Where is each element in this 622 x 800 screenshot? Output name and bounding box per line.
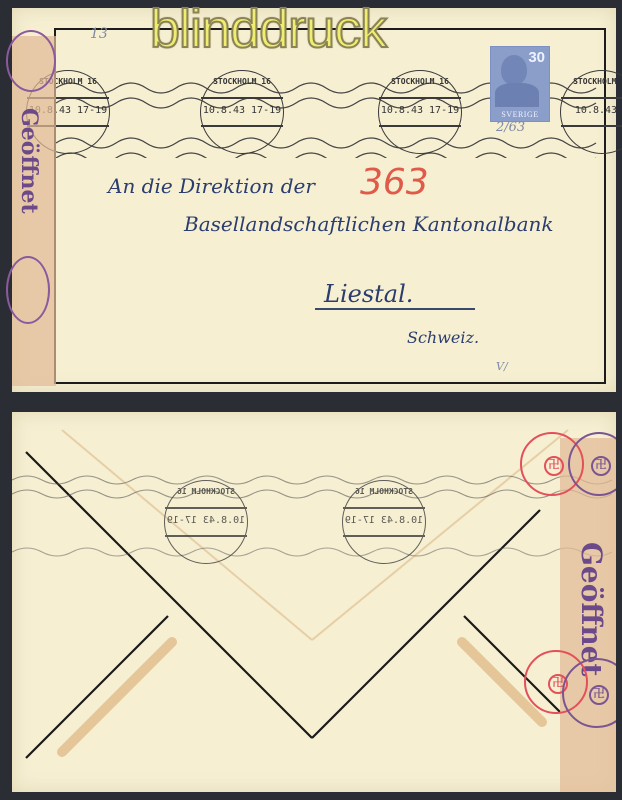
king-portrait [501,55,527,85]
envelope-front: 13 STOCKHOLM 16 10.8.43 17-19 STOCKHOLM … [12,8,616,392]
eagle-icon: 卍 [589,685,609,705]
underline [315,308,475,310]
censor-stamp [6,30,56,92]
eagle-icon: 卍 [591,456,611,476]
postmark: STOCKHOLM 16 10.8.43 17-19 [378,70,462,154]
address-line-3: Liestal. [324,280,413,308]
censor-stamp [6,256,50,324]
censor-tape-text: Geöffnet [16,108,42,214]
watermark: blinddruck [150,2,386,56]
postmark: STOCKHOLM 16 10.8.43 17-19 [200,70,284,154]
red-crayon-number: 363 [360,162,429,203]
pencil-note-top: 13 [90,26,108,42]
address-line-4: Schweiz. [407,328,479,347]
pencil-note-stamp: 2/63 [496,120,525,135]
censor-tape-text: Geöffnet [575,542,608,677]
stamp-value: 30 [528,49,545,66]
eagle-icon: 卍 [544,456,564,476]
address-line-1: An die Direktion der [108,174,315,198]
postmark-mirrored: STOCKHOLM 16 10.8.43 17-19 [342,480,426,564]
postmark-mirrored: STOCKHOLM 16 10.8.43 17-19 [164,480,248,564]
address-line-2: Basellandschaftlichen Kantonalbank [184,212,554,236]
postage-stamp: 30 SVERIGE [490,46,550,122]
stamp-country: SVERIGE [491,110,549,119]
envelope-back: STOCKHOLM 16 10.8.43 17-19 STOCKHOLM 16 … [12,412,616,792]
pencil-note-bottom: V/ [496,360,508,373]
